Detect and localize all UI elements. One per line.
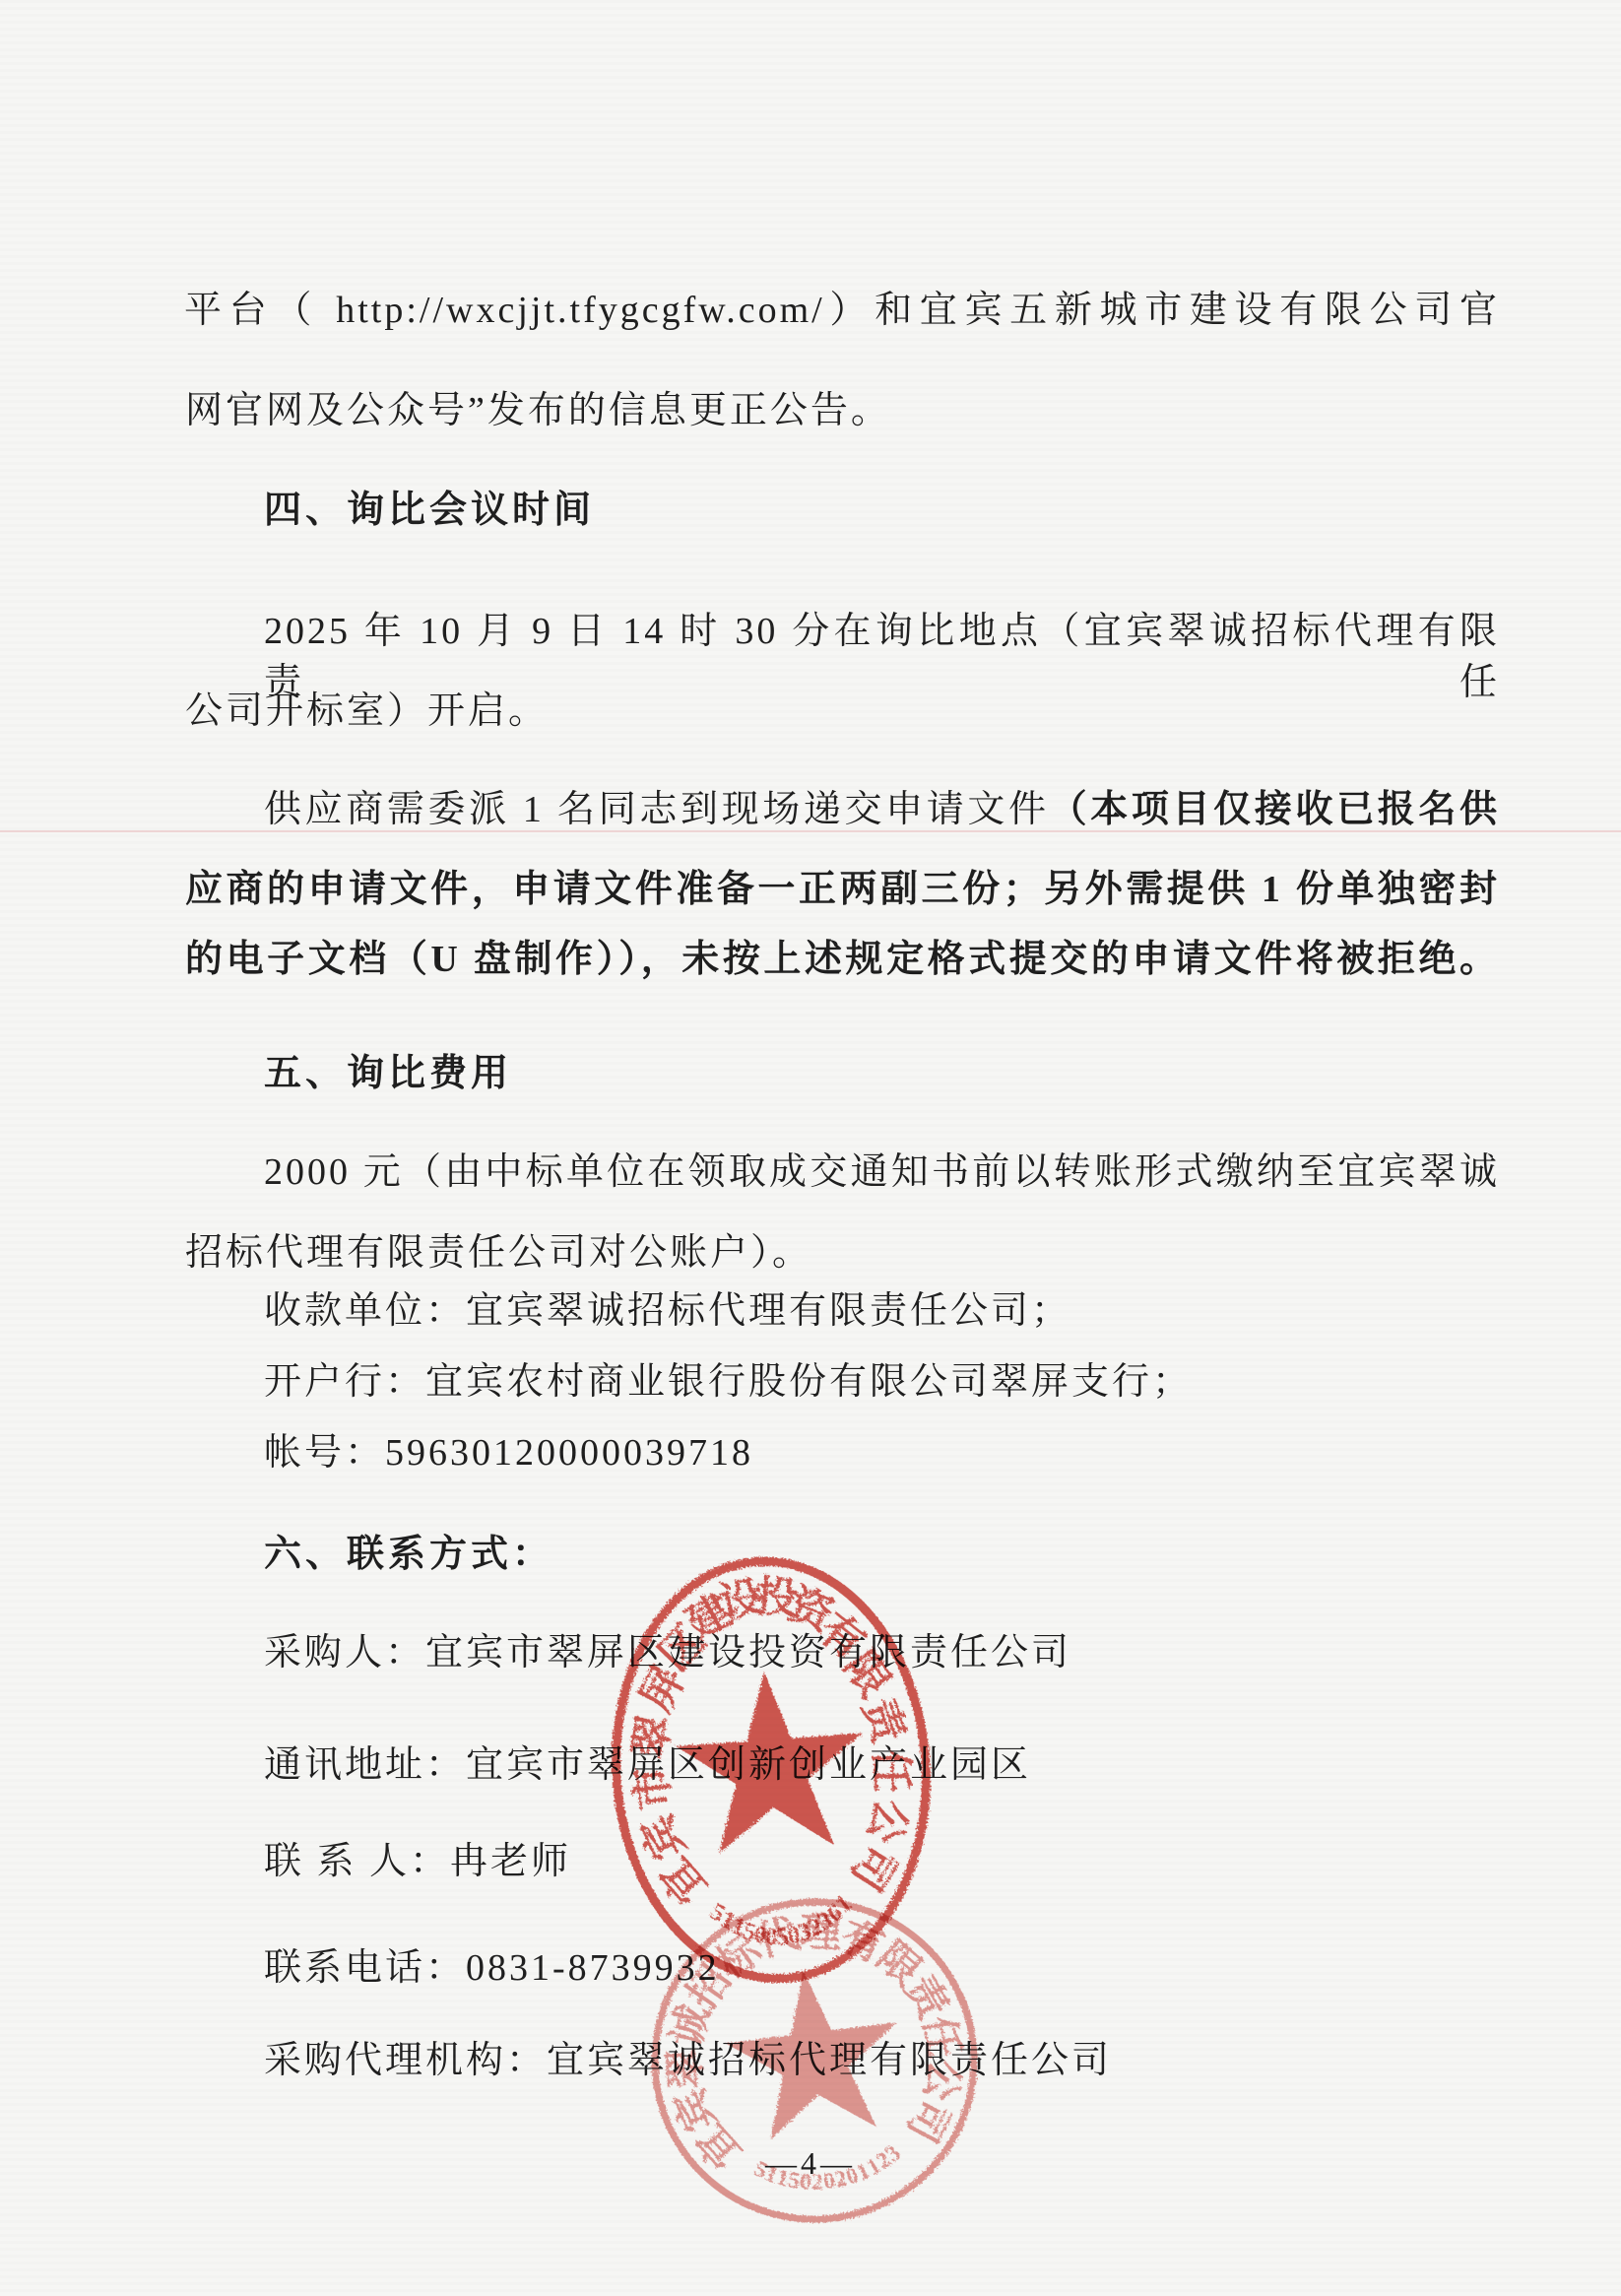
text-segment: 联 系 人：冉老师 [264,1841,571,1882]
page-number: —4— [765,2145,856,2182]
text-segment: 网官网及公众号”发布的信息更正公告。 [185,390,891,431]
text-segment: 帐号：59630120000039718 [264,1432,753,1474]
seal-code-digit: 1 [853,2158,874,2186]
line-address: 通讯地址：宜宾市翠屏区创新创业产业园区 [264,1739,1031,1791]
seal-company-char: 理 [799,1910,842,1957]
line-platform-url: 平台（ http://wxcjjt.tfygcgfw.com/）和宜宾五新城市建… [184,285,1500,336]
seal-code-digit: 1 [729,1913,748,1942]
text-segment: 五、询比费用 [264,1053,512,1094]
line-fee-2: 招标代理有限责任公司对公账户）。 [185,1227,812,1279]
seal-company-char: 宾 [632,1807,694,1867]
seal-code-digit: 5 [706,1898,730,1928]
text-segment: 供应商需委派 1 名同志到现场递交申请文件 [264,789,1050,830]
heading-section-4: 四、询比会议时间 [264,485,595,536]
seal-company-char: 责 [896,1968,958,2029]
seal-code-digit: 2 [872,2147,895,2174]
seal-company-char: 宜 [687,2115,749,2177]
text-segment: 六、联系方式： [264,1534,553,1575]
seal-code-digit: 6 [822,1899,847,1929]
seal-code-digit: 0 [765,1924,778,1950]
seal-company-char: 投 [753,1572,801,1623]
text-segment: 开户行：宜宾农村商业银行股份有限公司翠屏支行； [264,1361,1193,1403]
heading-section-6: 六、联系方式： [264,1529,553,1580]
line-purchaser: 采购人：宜宾市翠屏区建设投资有限责任公司 [264,1627,1071,1678]
seal-company-char: 司 [898,2091,957,2149]
seal-code-digit: 1 [831,1890,857,1919]
line-agency: 采购代理机构：宜宾翠诚招标代理有限责任公司 [264,2035,1112,2086]
seal-code-digit: 3 [796,1918,814,1946]
seal-company-char: 宾 [667,2082,726,2138]
seal-company-char: 设 [715,1572,768,1628]
seal-company-char: 宜 [651,1849,716,1913]
text-segment: 的电子文档（U 盘制作）），未按上述规定格式提交的申请文件将被拒绝。 [185,939,1500,980]
seal-code-digit: 0 [786,1922,803,1950]
line-contact-person: 联 系 人：冉老师 [264,1836,571,1887]
seal-company-char: 有 [834,1913,889,1971]
seal-code-digit: 3 [813,1907,836,1936]
line-correction-notice: 网官网及公众号”发布的信息更正公告。 [185,385,891,436]
line-bank: 开户行：宜宾农村商业银行股份有限公司翠屏支行； [264,1356,1193,1408]
seal-company-char: 限 [869,1935,930,1996]
text-segment: 四、询比会议时间 [264,490,595,531]
text-segment: 公司开标室）开启。 [185,690,549,732]
seal-code-digit: 2 [805,1913,825,1942]
seal-code-digit: 3 [880,2140,905,2167]
line-account-number: 帐号：59630120000039718 [264,1427,753,1478]
document-page: —4— 平台（ http://wxcjjt.tfygcgfw.com/）和宜宾五… [0,0,1621,2296]
text-segment: 招标代理有限责任公司对公账户）。 [185,1232,812,1274]
line-contact-phone: 联系电话：0831-8739932 [264,1942,720,1994]
seal-company-char: 司 [841,1836,905,1899]
text-segment: （本项目仅接收已报名供 [1050,789,1500,830]
text-segment: 通讯地址：宜宾市翠屏区创新创业产业园区 [264,1744,1031,1786]
line-supplier-3: 的电子文档（U 盘制作）），未按上述规定格式提交的申请文件将被拒绝。 [185,934,1500,985]
text-segment: 应商的申请文件，申请文件准备一正两副三份；另外需提供 1 份单独密封 [185,869,1500,910]
text-segment: 采购人：宜宾市翠屏区建设投资有限责任公司 [264,1632,1071,1673]
line-supplier-2: 应商的申请文件，申请文件准备一正两副三份；另外需提供 1 份单独密封 [185,864,1500,915]
seal-code-digit: 1 [717,1906,740,1935]
text-segment: 采购代理机构：宜宾翠诚招标代理有限责任公司 [264,2040,1112,2081]
line-fee-1: 2000 元（由中标单位在领取成交通知书前以转账形式缴纳至宜宾翠诚 [264,1147,1500,1198]
seal-code-digit: 0 [752,1922,768,1949]
text-segment: 联系电话：0831-8739932 [264,1947,720,1989]
seal-code-digit: 5 [776,1924,790,1951]
seal-code-digit: 1 [863,2153,884,2180]
heading-section-5: 五、询比费用 [264,1048,512,1099]
text-segment: 2000 元（由中标单位在领取成交通知书前以转账形式缴纳至宜宾翠诚 [264,1151,1500,1193]
line-supplier-1: 供应商需委派 1 名同志到现场递交申请文件（本项目仅接收已报名供 [264,784,1500,835]
seal-company-char: 代 [751,1910,805,1966]
line-meeting-time-2: 公司开标室）开启。 [185,686,549,737]
text-segment: 平台（ http://wxcjjt.tfygcgfw.com/）和宜宾五新城市建… [184,290,1500,331]
seal-company-char: 公 [858,1794,916,1849]
seal-code-digit: 5 [741,1918,758,1946]
line-payee: 收款单位：宜宾翠诚招标代理有限责任公司； [264,1285,1071,1337]
text-segment: 收款单位：宜宾翠诚招标代理有限责任公司； [264,1290,1071,1332]
